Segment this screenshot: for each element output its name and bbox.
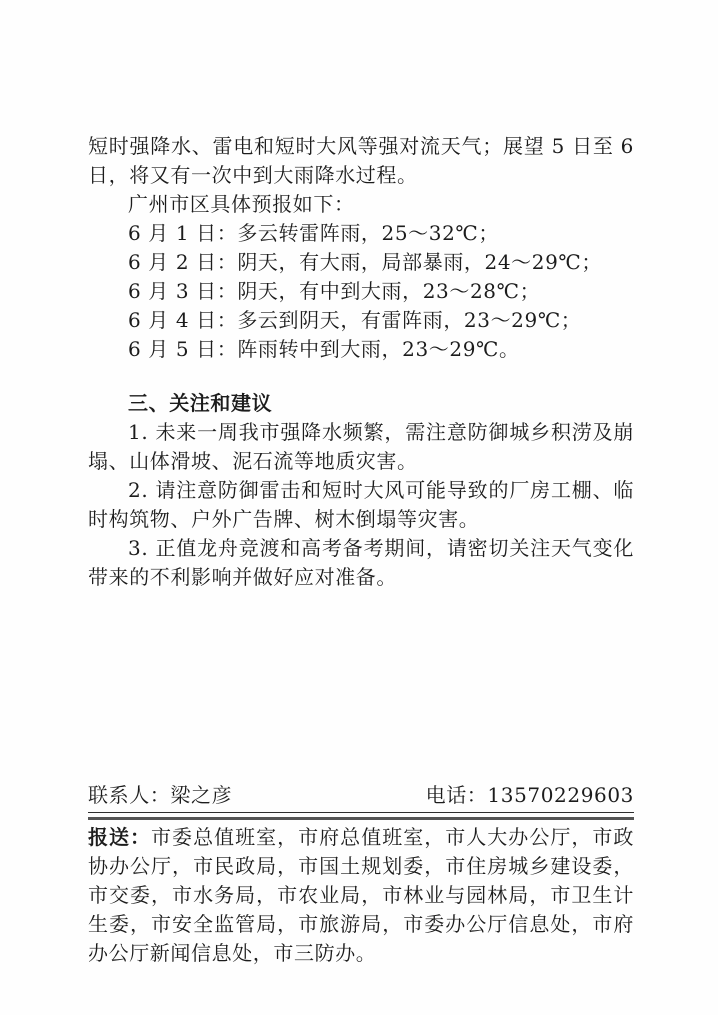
document-page: 短时强降水、雷电和短时大风等强对流天气；展望 5 日至 6 日，将又有一次中到大… xyxy=(0,0,718,1015)
phone-number: 13570229603 xyxy=(487,783,634,807)
distribution-paragraph: 报送：市委总值班室，市府总值班室，市人大办公厅，市政协办公厅，市民政局，市国土规… xyxy=(88,823,634,968)
contact-info: 联系人：梁之彦 xyxy=(88,781,232,810)
distribution-text: 市委总值班室，市府总值班室，市人大办公厅，市政协办公厅，市民政局，市国土规划委，… xyxy=(88,825,634,965)
phone-label: 电话： xyxy=(426,783,488,807)
distribution-label: 报送： xyxy=(88,825,151,849)
advisory-item-1: 1. 未来一周我市强降水频繁，需注意防御城乡积涝及崩塌、山体滑坡、泥石流等地质灾… xyxy=(88,418,634,476)
forecast-line-4: 6 月 4 日：多云到阴天，有雷阵雨，23～29℃； xyxy=(88,306,634,335)
contact-label: 联系人： xyxy=(88,783,170,807)
forecast-line-1: 6 月 1 日：多云转雷阵雨，25～32℃； xyxy=(88,219,634,248)
phone-info: 电话：13570229603 xyxy=(426,781,634,810)
section-title: 三、关注和建议 xyxy=(88,389,634,418)
advisory-item-3: 3. 正值龙舟竞渡和高考备考期间，请密切关注天气变化带来的不利影响并做好应对准备… xyxy=(88,534,634,592)
forecast-intro: 广州市区具体预报如下： xyxy=(88,190,634,219)
divider-thin xyxy=(88,812,634,813)
forecast-line-2: 6 月 2 日：阴天，有大雨，局部暴雨，24～29℃； xyxy=(88,248,634,277)
advisory-item-2: 2. 请注意防御雷击和短时大风可能导致的厂房工棚、临时构筑物、户外广告牌、树木倒… xyxy=(88,476,634,534)
forecast-line-5: 6 月 5 日：阵雨转中到大雨，23～29℃。 xyxy=(88,335,634,364)
forecast-line-3: 6 月 3 日：阴天，有中到大雨，23～28℃； xyxy=(88,277,634,306)
document-footer: 联系人：梁之彦 电话：13570229603 报送：市委总值班室，市府总值班室，… xyxy=(88,781,634,968)
divider-thick xyxy=(88,817,634,820)
intro-paragraph: 短时强降水、雷电和短时大风等强对流天气；展望 5 日至 6 日，将又有一次中到大… xyxy=(88,132,634,190)
document-body: 短时强降水、雷电和短时大风等强对流天气；展望 5 日至 6 日，将又有一次中到大… xyxy=(88,132,634,592)
contact-name: 梁之彦 xyxy=(170,783,232,807)
contact-row: 联系人：梁之彦 电话：13570229603 xyxy=(88,781,634,812)
